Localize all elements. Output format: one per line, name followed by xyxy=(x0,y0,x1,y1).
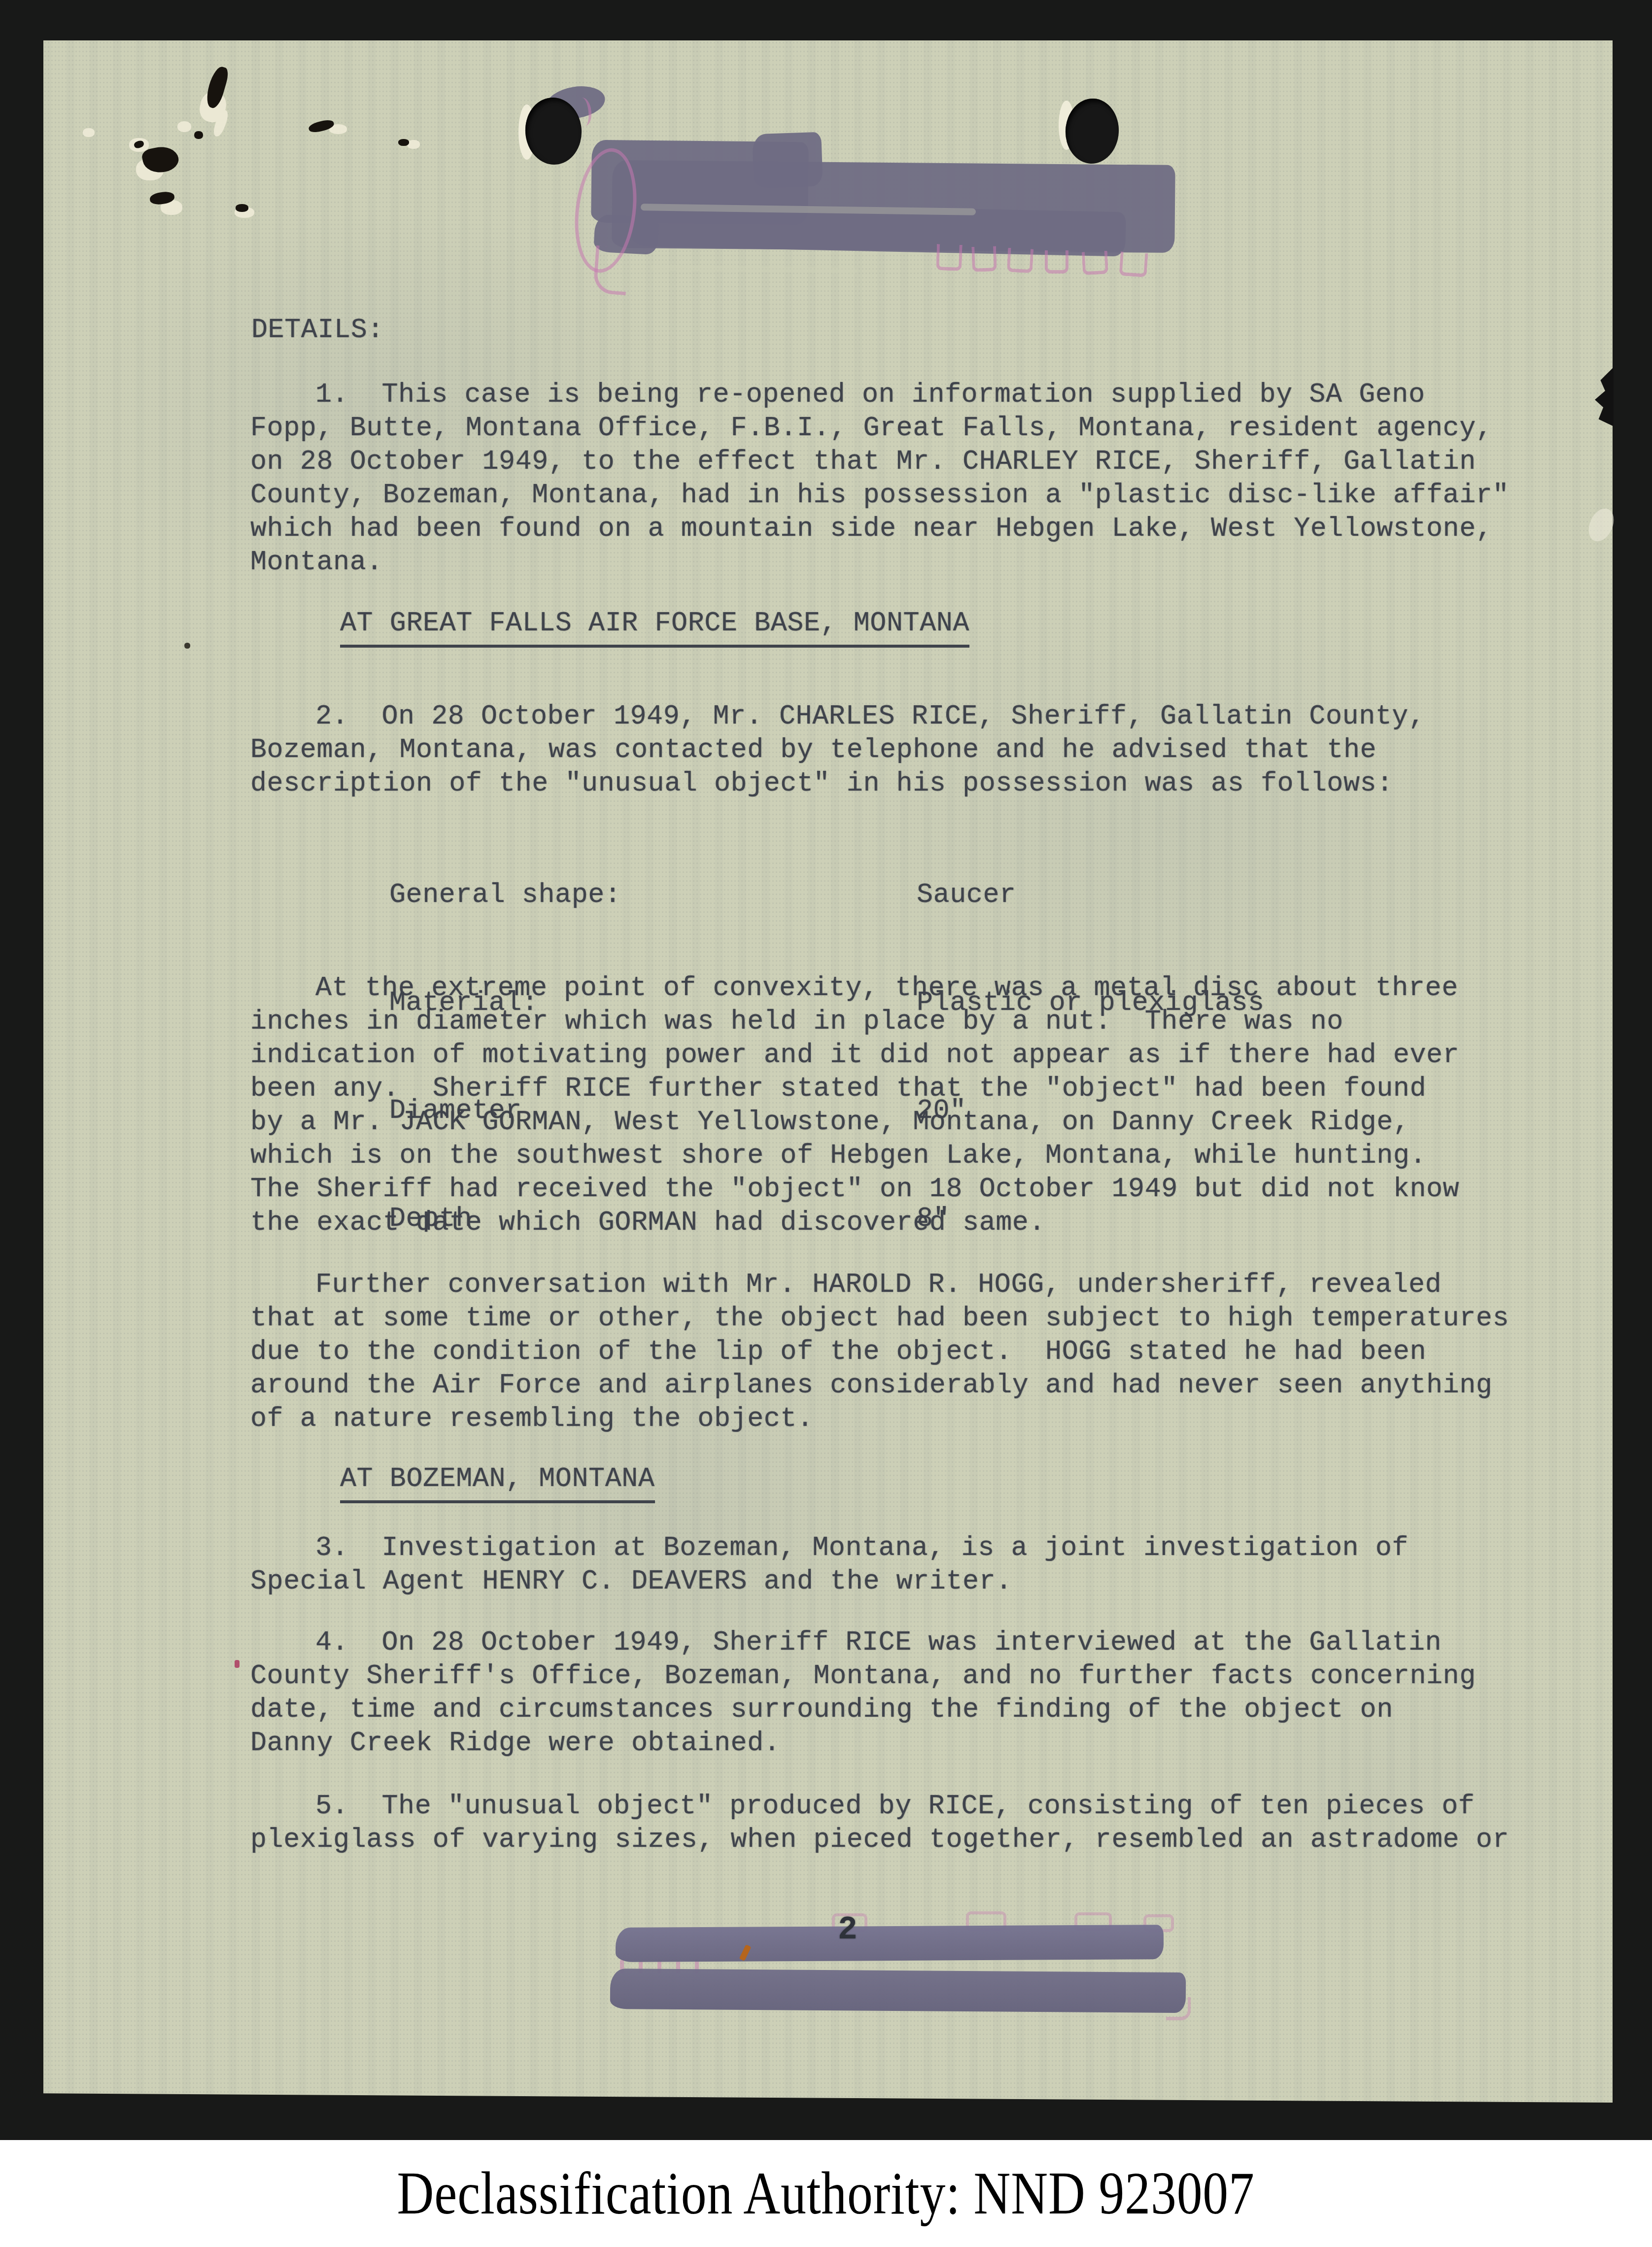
paper-damage-speck xyxy=(235,1660,240,1668)
pencil-mark xyxy=(1119,251,1148,277)
heading-text: AT BOZEMAN, MONTANA xyxy=(340,1462,655,1503)
paper-damage-speck xyxy=(194,131,203,139)
spec-value: Saucer xyxy=(917,879,1016,910)
paper-damage-speck xyxy=(177,121,191,132)
section-heading-great-falls: AT GREAT FALLS AIR FORCE BASE, MONTANA xyxy=(340,607,969,648)
declassification-text: Declassification Authority: NND 923007 xyxy=(397,2159,1255,2228)
pencil-mark xyxy=(1045,250,1068,274)
pencil-mark xyxy=(1166,1997,1191,2020)
paragraph-2: 2. On 28 October 1949, Mr. CHARLES RICE,… xyxy=(250,700,1425,800)
table-row: General shape:Saucer xyxy=(389,877,1265,913)
paragraph-6: 4. On 28 October 1949, Sheriff RICE was … xyxy=(250,1626,1476,1760)
paragraph-7: 5. The "unusual object" produced by RICE… xyxy=(250,1790,1509,1857)
pencil-mark xyxy=(1082,251,1108,276)
spec-label: General shape: xyxy=(389,877,917,913)
pencil-mark xyxy=(936,244,963,271)
paper-damage-speck xyxy=(184,643,190,649)
redaction-footer-bar-1 xyxy=(616,1925,1164,1962)
paper-damage-speck xyxy=(398,139,409,146)
paper-damage-speck xyxy=(83,128,95,137)
heading-text: AT GREAT FALLS AIR FORCE BASE, MONTANA xyxy=(340,607,969,648)
paper-damage-speck xyxy=(236,204,248,212)
paragraph-4: Further conversation with Mr. HAROLD R. … xyxy=(250,1268,1509,1436)
details-label: DETAILS: xyxy=(251,313,384,347)
paragraph-5: 3. Investigation at Bozeman, Montana, is… xyxy=(250,1531,1409,1598)
page-number: 2 xyxy=(838,1911,858,1948)
redaction-footer-bar-2 xyxy=(610,1969,1186,2013)
pencil-mark xyxy=(1007,248,1033,274)
pencil-mark xyxy=(971,246,997,272)
paragraph-3: At the extreme point of convexity, there… xyxy=(250,971,1459,1240)
declassification-banner: Declassification Authority: NND 923007 xyxy=(0,2140,1652,2247)
section-heading-bozeman: AT BOZEMAN, MONTANA xyxy=(340,1462,655,1503)
scanned-document-view: DETAILS: 1. This case is being re-opened… xyxy=(0,0,1652,2247)
paragraph-1: 1. This case is being re-opened on infor… xyxy=(250,378,1509,579)
